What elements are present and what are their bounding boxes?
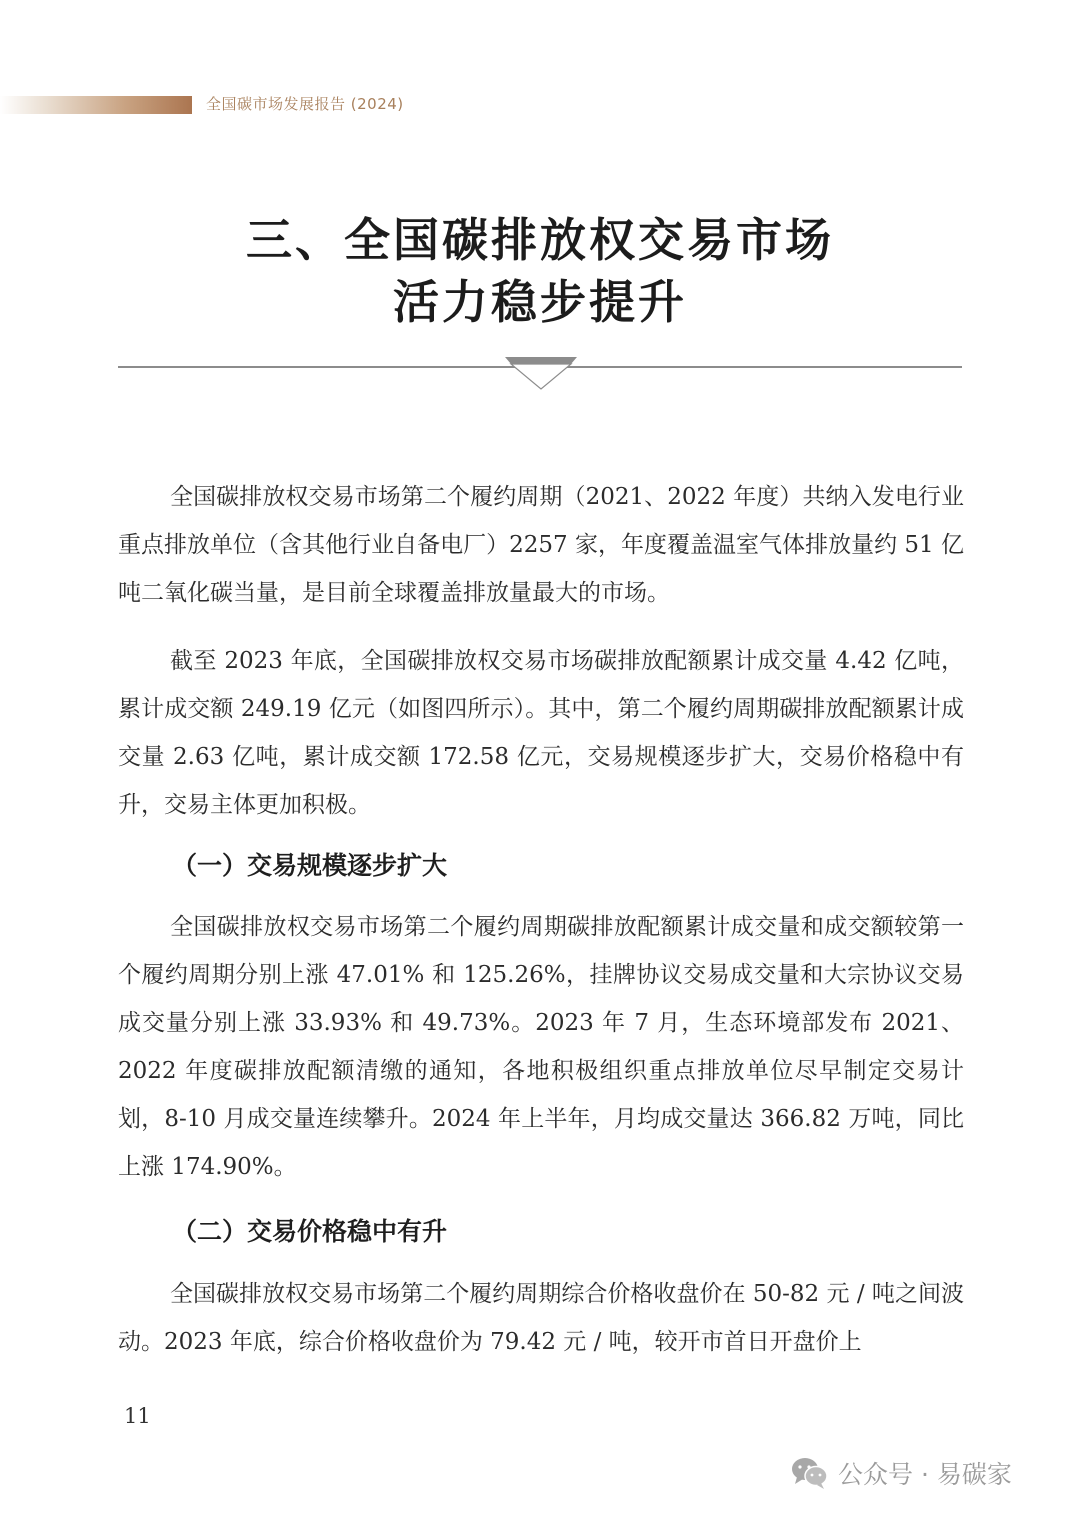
subsection-paragraph-1: 全国碳排放权交易市场第二个履约周期碳排放配额累计成交量和成交额较第一个履约周期分…	[118, 903, 964, 1191]
header-decorative-bar	[0, 96, 192, 114]
section-title-line2: 活力稳步提升	[0, 266, 1080, 332]
divider-triangle-icon	[505, 357, 577, 391]
wechat-icon	[790, 1456, 830, 1490]
paragraph-intro: 全国碳排放权交易市场第二个履约周期（2021、2022 年度）共纳入发电行业重点…	[118, 473, 964, 617]
page-number: 11	[124, 1404, 151, 1428]
subsection-heading-1: （一）交易规模逐步扩大	[172, 846, 447, 882]
running-header-title: 全国碳市场发展报告 (2024)	[206, 93, 404, 114]
subsection-paragraph-2: 全国碳排放权交易市场第二个履约周期综合价格收盘价在 50-82 元 / 吨之间波…	[118, 1270, 964, 1366]
subsection-heading-2: （二）交易价格稳中有升	[172, 1212, 447, 1248]
section-title-line1: 三、全国碳排放权交易市场	[0, 204, 1080, 270]
watermark: 公众号 · 易碳家	[790, 1455, 1012, 1491]
paragraph-cumulative: 截至 2023 年底，全国碳排放权交易市场碳排放配额累计成交量 4.42 亿吨，…	[118, 637, 964, 829]
watermark-text: 公众号 · 易碳家	[838, 1455, 1012, 1491]
